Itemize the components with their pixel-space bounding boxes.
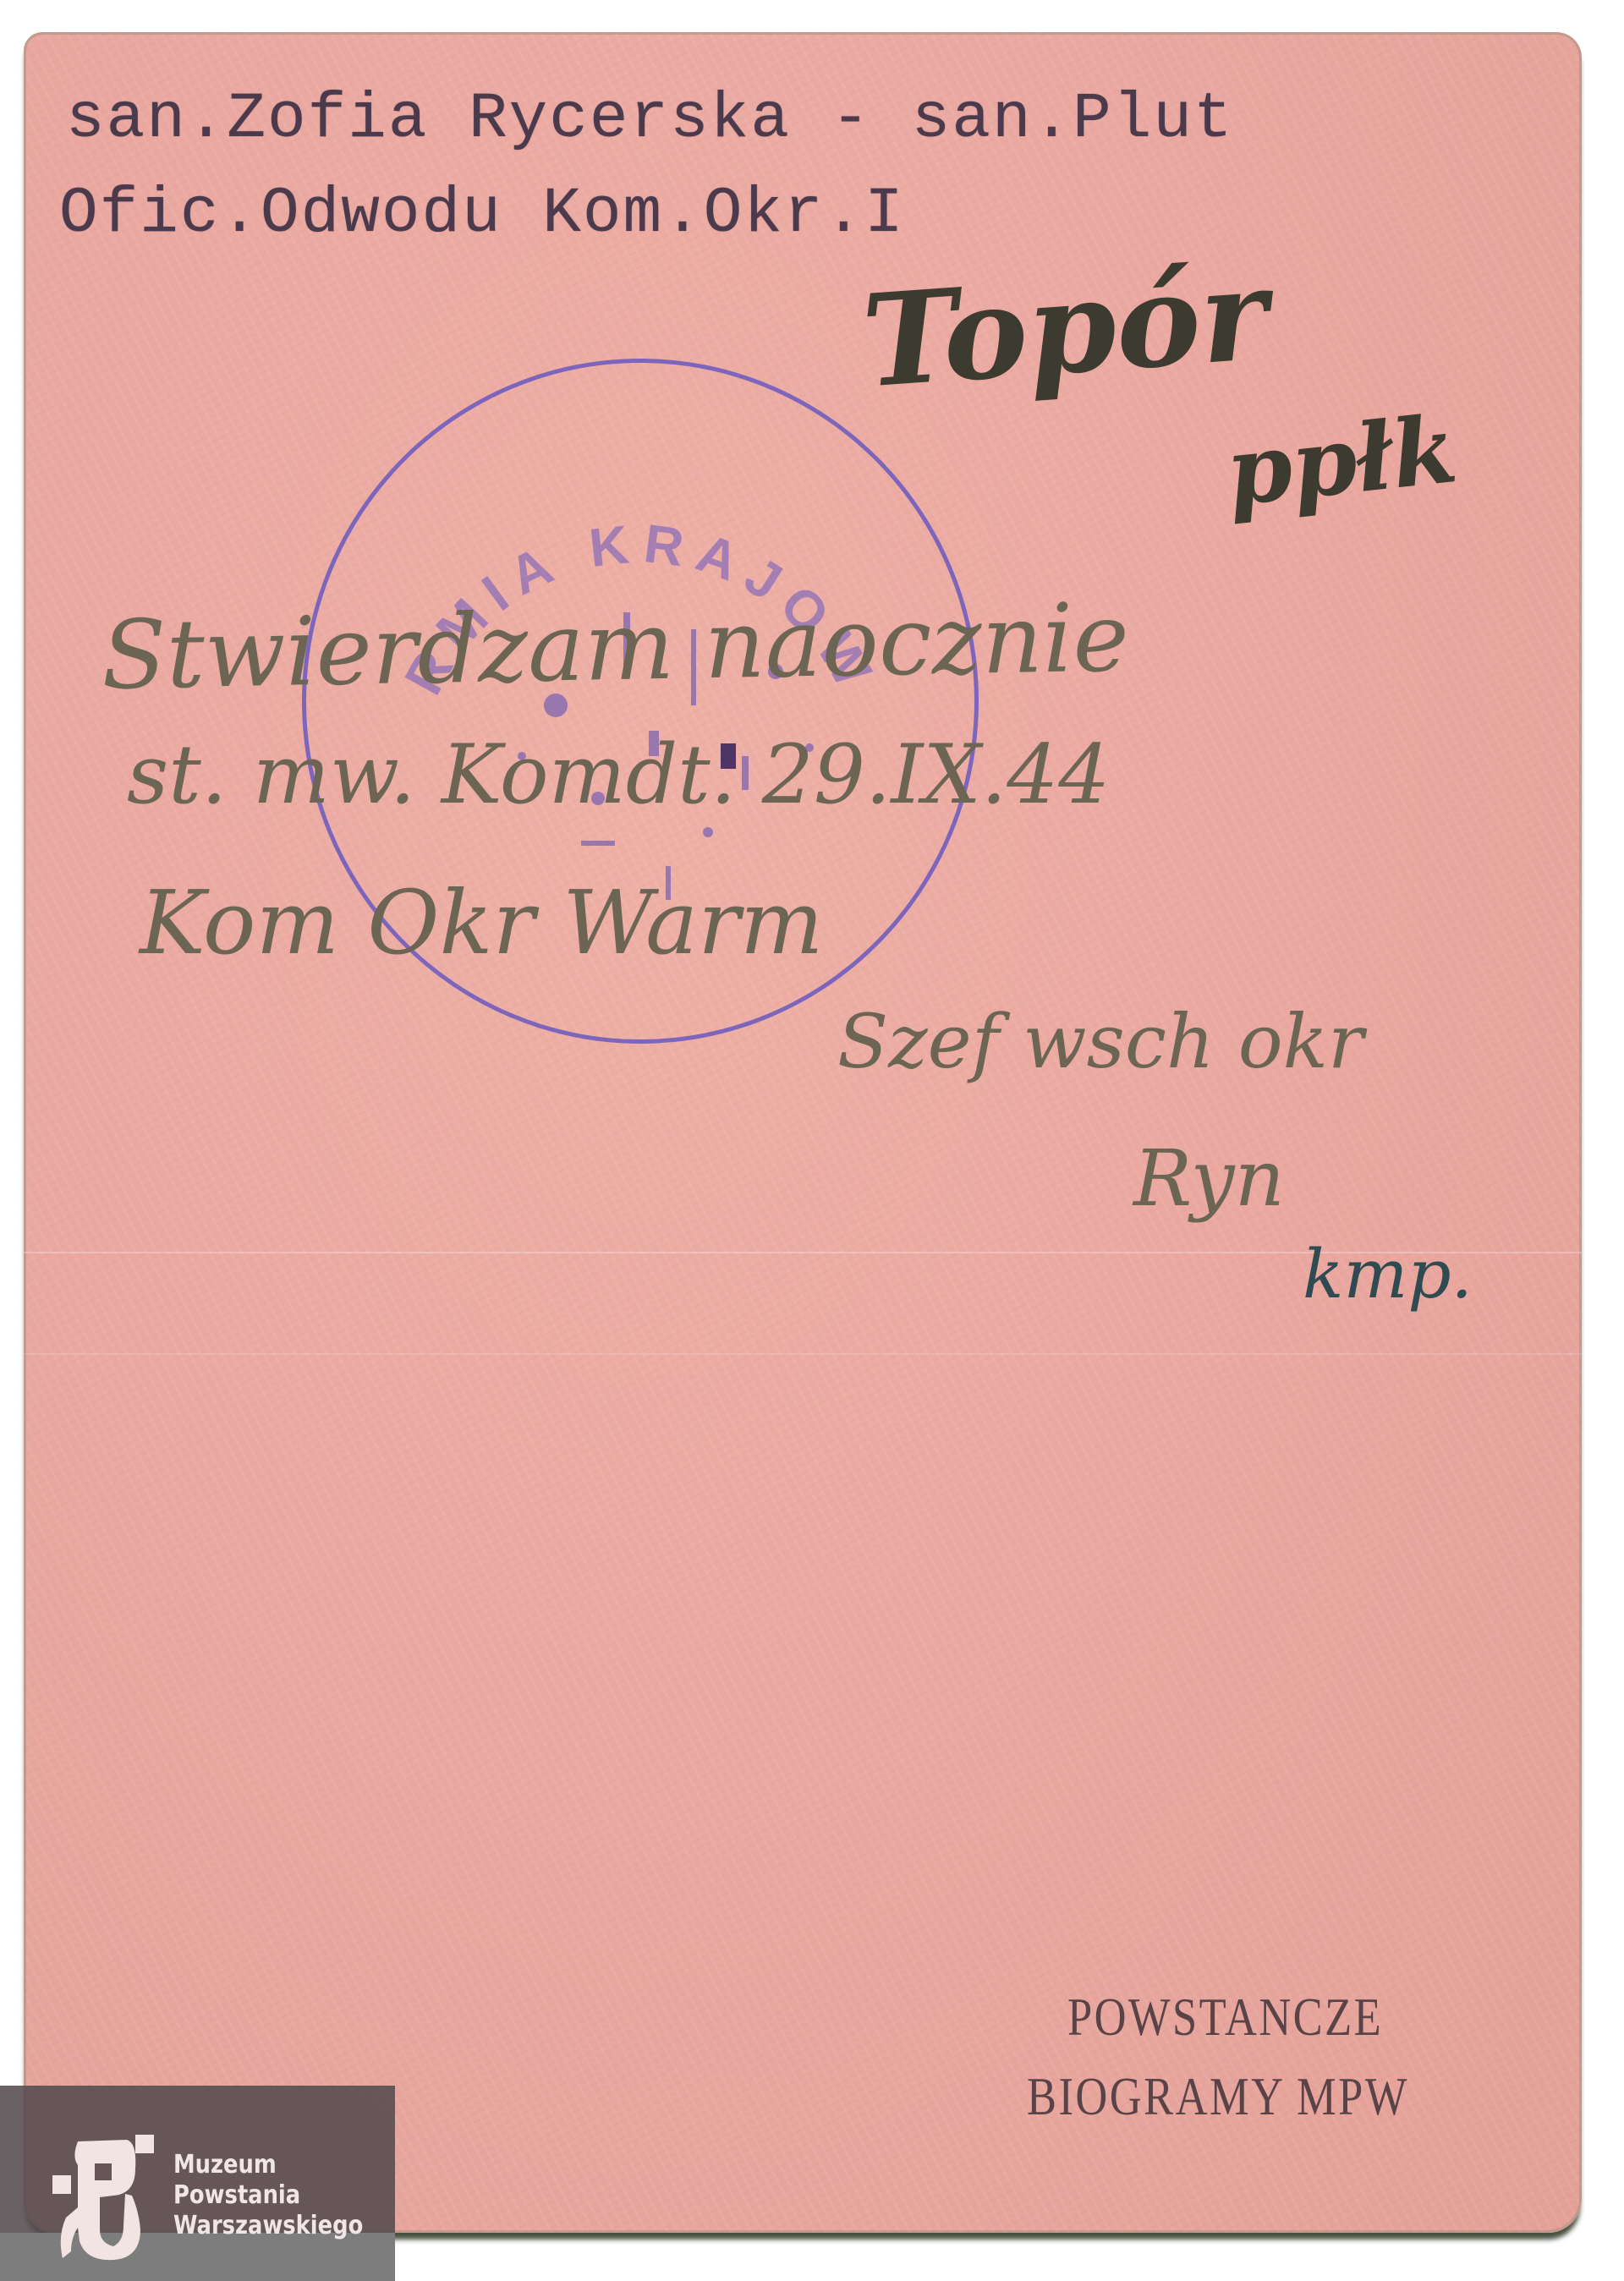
- handwriting-line-3: Kom Okr Warm: [140, 871, 823, 974]
- logo-text-line-3: Warszawskiego: [173, 2211, 363, 2241]
- handwriting-line-6: kmp.: [1303, 1235, 1473, 1313]
- museum-logo: Muzeum Powstania Warszawskiego: [0, 2086, 395, 2281]
- handwriting-line-4: Szef wsch okr: [837, 998, 1363, 1085]
- logo-text-line-2: Powstania: [173, 2180, 363, 2211]
- logo-text-line-1: Muzeum: [173, 2150, 363, 2180]
- archive-watermark-line-2: BIOGRAMY MPW: [1027, 2065, 1409, 2128]
- handwriting-line-2: st. mw. Komdt. 29.IX.44: [127, 727, 1110, 822]
- paper-fold-line: [24, 1353, 1582, 1355]
- typed-line-name: san.Zofia Rycerska - san.Plut: [66, 83, 1234, 156]
- handwriting-line-5: Ryn: [1133, 1133, 1285, 1224]
- typed-line-unit: Ofic.Odwodu Kom.Okr.I: [59, 178, 905, 250]
- signature-topor: Topór: [858, 240, 1272, 417]
- archive-watermark-line-1: POWSTANCZE: [1067, 1986, 1383, 2048]
- handwriting-line-1: Stwierdzam naocznie: [101, 583, 1130, 710]
- kotwica-anchor-icon: [52, 2135, 162, 2262]
